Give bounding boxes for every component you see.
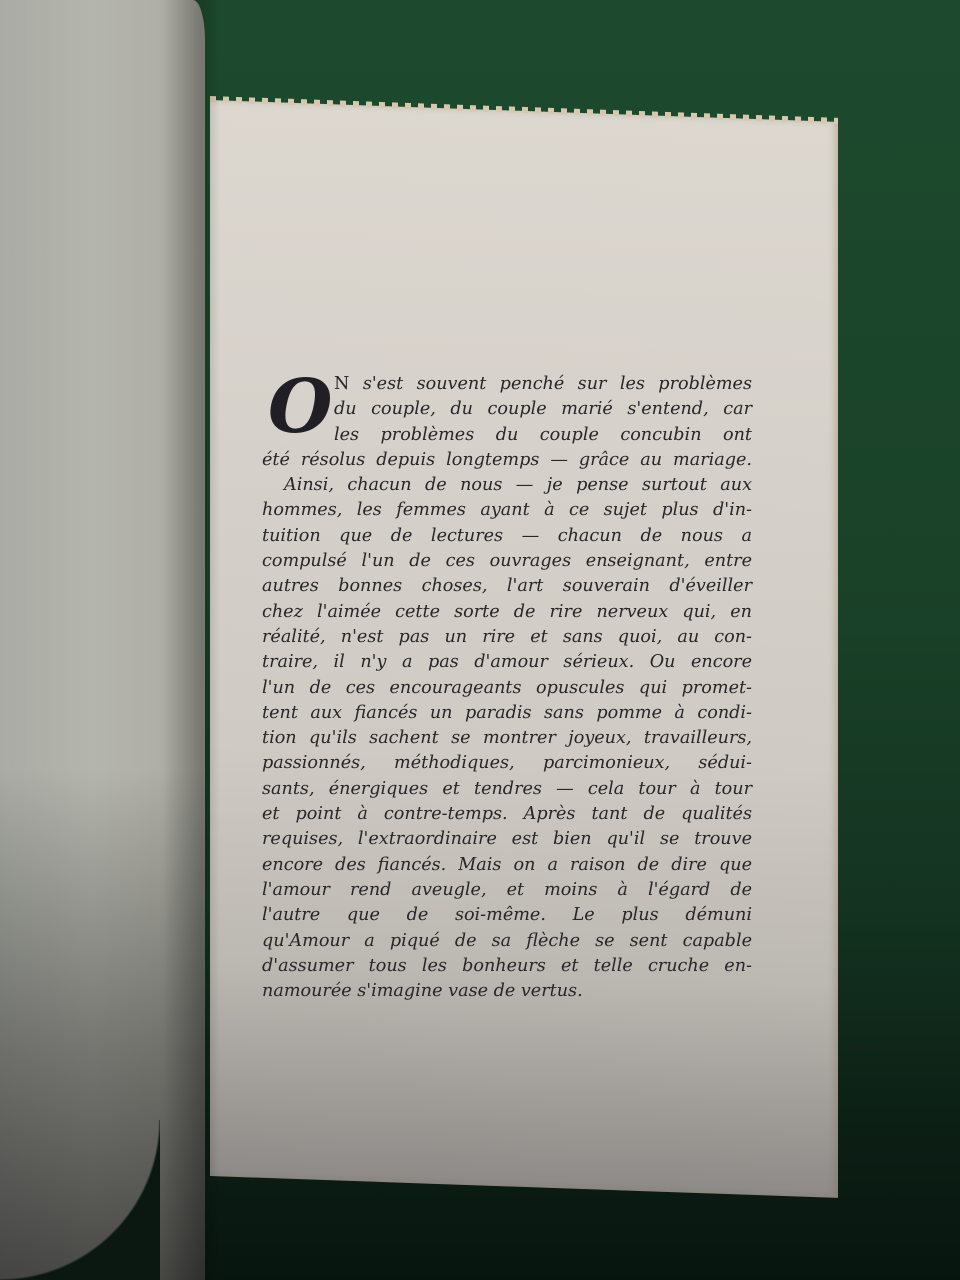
drop-cap: O [268, 374, 332, 440]
text-line: l'un de ces encourageants opuscules qui … [262, 676, 752, 701]
text-line: d'assumer tous les bonheurs et telle cru… [262, 954, 752, 979]
text-line: traire, il n'y a pas d'amour sérieux. Ou… [262, 650, 752, 675]
text-line: réalité, n'est pas un rire et sans quoi,… [262, 625, 752, 650]
text-line: qu'Amour a piqué de sa flèche se sent ca… [262, 929, 752, 954]
text-line: l'amour rend aveugle, et moins à l'égard… [262, 878, 752, 903]
text-line: sants, énergiques et tendres — cela tour… [262, 777, 752, 802]
text-line: encore des fiancés. Mais on a raison de … [262, 853, 752, 878]
left-page-curve-shadow [0, 1120, 160, 1280]
text-line: tent aux fiancés un paradis sans pomme à… [262, 701, 752, 726]
text-line: namourée s'imagine vase de vertus. [262, 979, 752, 1004]
text-line: chez l'aimée cette sorte de rire nerveux… [262, 600, 752, 625]
text-line: tuition que de lectures — chacun de nous… [262, 524, 752, 549]
text-line: et point à contre-temps. Après tant de q… [262, 802, 752, 827]
text-line: tion qu'ils sachent se montrer joyeux, t… [262, 726, 752, 751]
text-line: requises, l'extraordinaire est bien qu'i… [262, 827, 752, 852]
photo-scene: O N s'est souvent penché sur les problèm… [0, 0, 960, 1280]
text-line: l'autre que de soi-même. Le plus démuni [262, 903, 752, 928]
left-page [0, 0, 205, 1280]
text-line: compulsé l'un de ces ouvrages enseignant… [262, 549, 752, 574]
body-text: O N s'est souvent penché sur les problèm… [262, 372, 752, 1004]
text-line: autres bonnes choses, l'art souverain d'… [262, 574, 752, 599]
text-line: du couple, du couple marié s'entend, car [262, 397, 752, 422]
text-line: passionnés, méthodiques, parcimonieux, s… [262, 751, 752, 776]
text-line: hommes, les femmes ayant à ce sujet plus… [262, 498, 752, 523]
first-word-rest: N [334, 374, 349, 394]
text-line: été résolus depuis longtemps — grâce au … [262, 448, 752, 473]
text-line: les problèmes du couple concubin ont [262, 423, 752, 448]
text-line: Ainsi, chacun de nous — je pense surtout… [262, 473, 752, 498]
text-line: N s'est souvent penché sur les problèmes [262, 372, 752, 397]
